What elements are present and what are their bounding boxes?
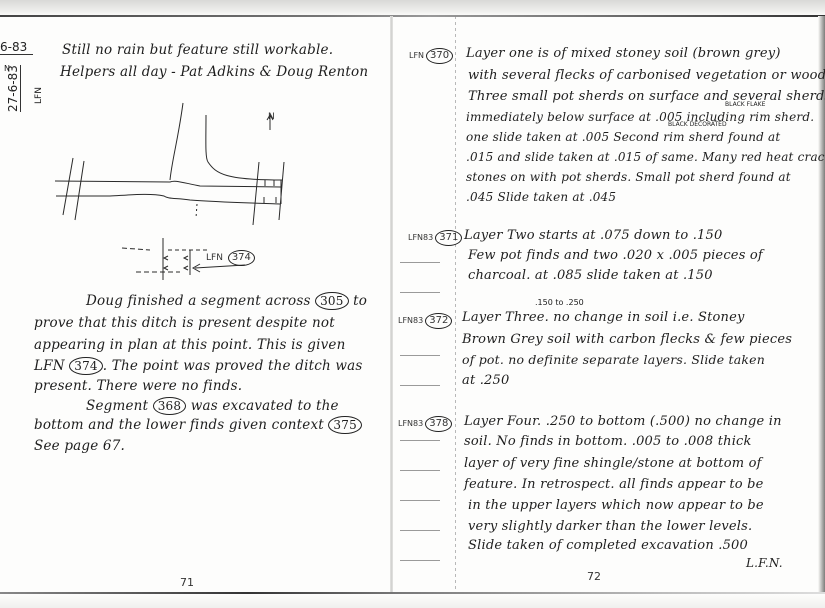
north-label: N	[268, 112, 275, 122]
note-line: See page 67.	[34, 438, 125, 454]
context-number-circled: 368	[153, 397, 187, 415]
margin-tick	[400, 385, 440, 386]
right-page-margin-line	[455, 16, 456, 592]
context-number-circled: 372	[425, 313, 452, 329]
margin-tick	[400, 500, 440, 501]
page-number-right: 72	[587, 570, 601, 583]
sketch-callout: LFN 374	[206, 250, 255, 266]
note-line: prove that this ditch is present despite…	[34, 315, 335, 331]
note-line: appearing in plan at this point. This is…	[34, 337, 346, 353]
note-line: Doug finished a segment across 305 to	[86, 292, 367, 310]
context-number-circled: 374	[69, 357, 103, 375]
margin-tick	[400, 560, 440, 561]
sketch-callout-label: LFN	[206, 253, 223, 263]
entry-tag: LFN370	[409, 48, 453, 64]
page-top-edge	[0, 15, 825, 17]
header-line: Still no rain but feature still workable…	[62, 42, 333, 58]
context-number-circled: 374	[228, 250, 255, 266]
context-number-circled: 370	[426, 48, 453, 64]
signature: L.F.N.	[746, 556, 783, 570]
scan-bottom-shadow	[0, 594, 825, 608]
margin-tick	[400, 262, 440, 263]
entry-tag: LFN83371	[408, 230, 462, 246]
context-number-circled: 375	[328, 416, 362, 434]
margin-tick	[400, 292, 440, 293]
page-number-left: 71	[180, 576, 194, 589]
margin-tick	[400, 470, 440, 471]
context-number-circled: 371	[435, 230, 462, 246]
entry-tag: LFN83372	[398, 313, 452, 329]
note-line: bottom and the lower finds given context…	[34, 416, 362, 434]
note-line: present. There were no finds.	[34, 378, 242, 394]
notebook-spread: 6-83 N 27-6-83 LFN Still no rain but fea…	[0, 0, 825, 608]
ditch-plan-sketch	[40, 100, 300, 280]
entry-tag: LFN83378	[398, 416, 452, 432]
margin-tick	[400, 440, 440, 441]
margin-tick	[400, 530, 440, 531]
scan-top-shadow	[0, 0, 825, 16]
margin-date-vertical: 27-6-83	[6, 65, 21, 112]
annotation: .150 to .250	[535, 298, 584, 307]
annotation: BLACK FLAKE	[725, 101, 765, 108]
margin-tick	[400, 355, 440, 356]
header-line: Helpers all day - Pat Adkins & Doug Rent…	[60, 64, 368, 80]
note-line: Segment 368 was excavated to the	[86, 397, 339, 415]
annotation: BLACK DECORATED	[668, 121, 727, 128]
book-gutter	[390, 16, 393, 592]
note-line: LFN 374. The point was proved the ditch …	[34, 357, 362, 375]
context-number-circled: 305	[315, 292, 349, 310]
context-number-circled: 378	[425, 416, 452, 432]
margin-date: 6-83	[0, 40, 33, 55]
